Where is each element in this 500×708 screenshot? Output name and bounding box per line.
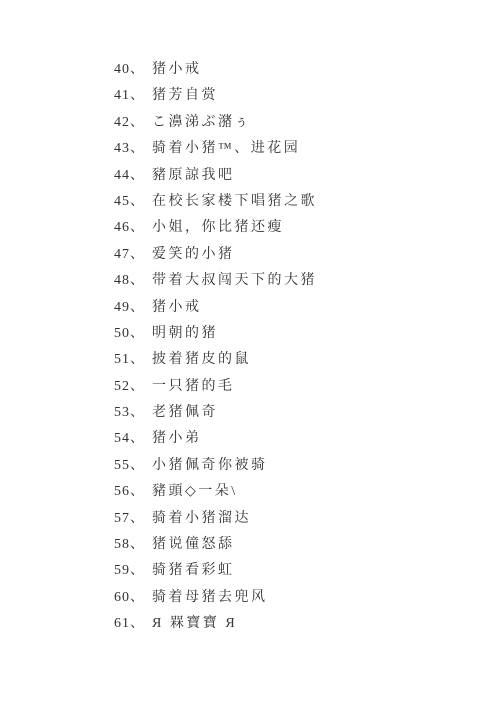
- item-number: 60、: [114, 585, 145, 611]
- item-number: 61、: [114, 611, 145, 637]
- item-number: 52、: [114, 374, 145, 400]
- item-text: 老猪佩奇: [152, 405, 218, 420]
- list-item: 43、骑着小猪™、进花园: [114, 136, 490, 162]
- item-number: 55、: [114, 453, 145, 479]
- item-number: 43、: [114, 136, 145, 162]
- list-item: 60、骑着母猪去兜风: [114, 585, 490, 611]
- item-number: 59、: [114, 558, 145, 584]
- item-number: 56、: [114, 479, 145, 505]
- item-number: 57、: [114, 506, 145, 532]
- item-text: 猪芳自赏: [152, 88, 218, 103]
- list-item: 57、骑着小猪溜达: [114, 506, 490, 532]
- item-number: 49、: [114, 295, 145, 321]
- list-item: 48、带着大叔闯天下的大猪: [114, 268, 490, 294]
- item-text: 小姐，你比猪还瘦: [152, 220, 284, 235]
- item-text: Я 槑寶寶 Я: [152, 616, 237, 631]
- list-item: 49、猪小戒: [114, 295, 490, 321]
- item-number: 48、: [114, 268, 145, 294]
- item-text: 明朝的猪: [152, 326, 218, 341]
- item-number: 46、: [114, 215, 145, 241]
- item-number: 41、: [114, 83, 145, 109]
- item-text: 骑着小猪溜达: [152, 511, 251, 526]
- item-number: 58、: [114, 532, 145, 558]
- list-item: 61、Я 槑寶寶 Я: [114, 611, 490, 637]
- item-text: 豬原諒我吧: [152, 168, 235, 183]
- item-number: 44、: [114, 163, 145, 189]
- list-item: 47、爱笑的小猪: [114, 242, 490, 268]
- item-text: 小猪佩奇你被骑: [152, 458, 268, 473]
- list-item: 54、猪小弟: [114, 426, 490, 452]
- item-text: 骑着小猪™、进花园: [152, 141, 300, 156]
- list-item: 59、骑猪看彩虹: [114, 558, 490, 584]
- list-item: 55、小猪佩奇你被骑: [114, 453, 490, 479]
- item-text: 骑猪看彩虹: [152, 563, 235, 578]
- list-item: 45、在校长家楼下唱猪之歌: [114, 189, 490, 215]
- item-number: 53、: [114, 400, 145, 426]
- nickname-list: 40、猪小戒41、猪芳自赏42、こ濞涕ぶ潴ぅ43、骑着小猪™、进花园44、豬原諒…: [114, 57, 490, 638]
- list-item: 44、豬原諒我吧: [114, 163, 490, 189]
- item-text: 在校长家楼下唱猪之歌: [152, 194, 317, 209]
- item-text: こ濞涕ぶ潴ぅ: [152, 115, 251, 130]
- item-text: 爱笑的小猪: [152, 247, 235, 262]
- list-item: 46、小姐，你比猪还瘦: [114, 215, 490, 241]
- item-text: 猪小戒: [152, 300, 202, 315]
- list-item: 52、一只猪的毛: [114, 374, 490, 400]
- list-item: 58、猪说僮怒舔: [114, 532, 490, 558]
- item-number: 47、: [114, 242, 145, 268]
- item-text: 猪小弟: [152, 431, 202, 446]
- document-page: 40、猪小戒41、猪芳自赏42、こ濞涕ぶ潴ぅ43、骑着小猪™、进花园44、豬原諒…: [0, 0, 500, 708]
- list-item: 56、豬頭◇一朵\: [114, 479, 490, 505]
- item-number: 54、: [114, 426, 145, 452]
- list-item: 41、猪芳自赏: [114, 83, 490, 109]
- list-item: 42、こ濞涕ぶ潴ぅ: [114, 110, 490, 136]
- item-text: 披着猪皮的鼠: [152, 352, 251, 367]
- list-item: 50、明朝的猪: [114, 321, 490, 347]
- item-text: 豬頭◇一朵\: [152, 484, 238, 499]
- item-text: 猪小戒: [152, 62, 202, 77]
- item-text: 骑着母猪去兜风: [152, 590, 268, 605]
- item-number: 40、: [114, 57, 145, 83]
- list-item: 53、老猪佩奇: [114, 400, 490, 426]
- item-text: 一只猪的毛: [152, 379, 235, 394]
- list-item: 51、披着猪皮的鼠: [114, 347, 490, 373]
- item-number: 42、: [114, 110, 145, 136]
- item-number: 50、: [114, 321, 145, 347]
- list-item: 40、猪小戒: [114, 57, 490, 83]
- item-number: 45、: [114, 189, 145, 215]
- item-text: 带着大叔闯天下的大猪: [152, 273, 317, 288]
- item-text: 猪说僮怒舔: [152, 537, 235, 552]
- item-number: 51、: [114, 347, 145, 373]
